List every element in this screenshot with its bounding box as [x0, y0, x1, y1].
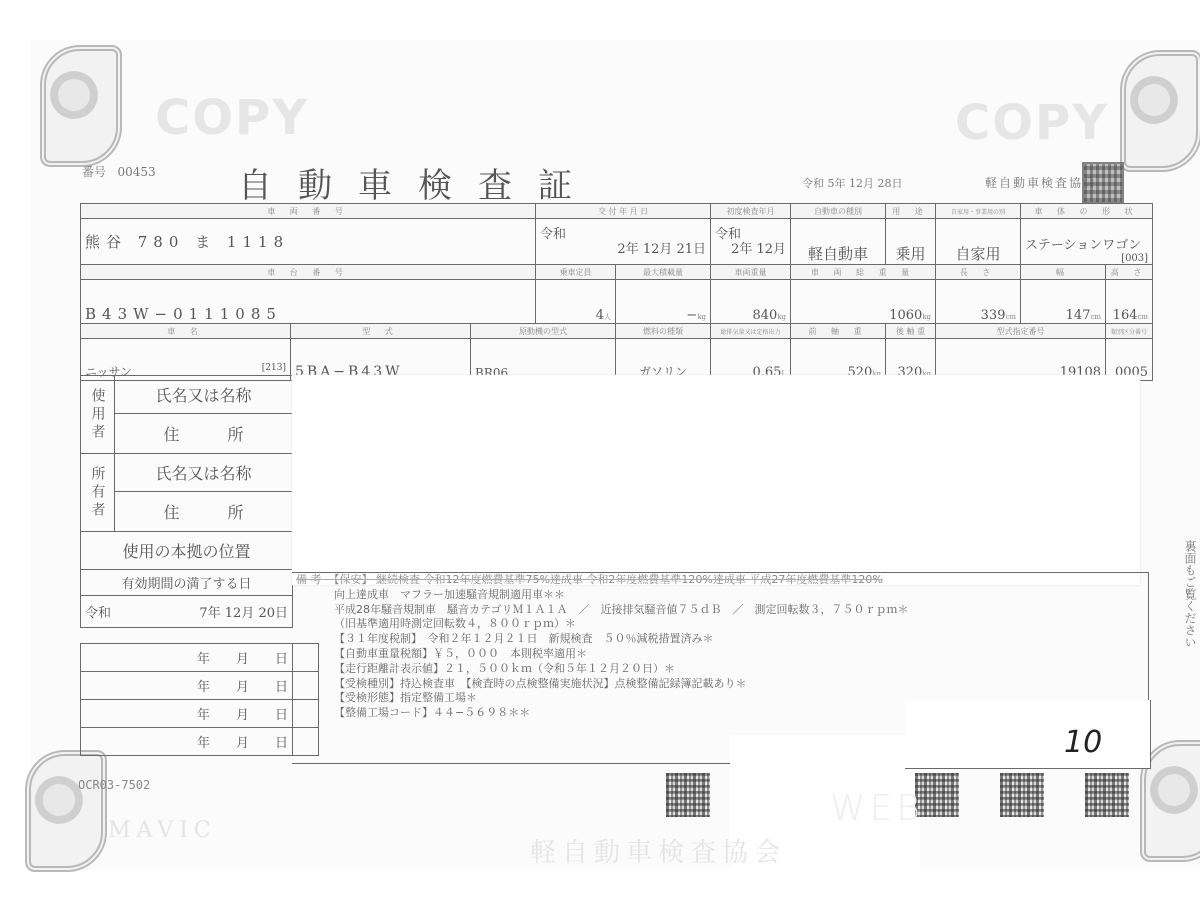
max-load-cell: −kg [616, 280, 711, 324]
copy-watermark-left: COPY [155, 90, 309, 146]
capacity-cell: 4人 [536, 280, 616, 324]
qr-code-1-icon [666, 773, 710, 817]
header-max-load: 最大積載量 [616, 265, 711, 280]
usage: 乗用 [886, 219, 936, 265]
serial-label: 番号 [82, 165, 106, 179]
header-gross-weight: 車 両 総 重 量 [791, 265, 936, 280]
owner-name-label: 氏名又は名称 [115, 454, 293, 492]
redacted-note-box [905, 700, 1151, 769]
issuer-name: 軽自動車検査協会 [985, 174, 1097, 191]
header-plate: 車 両 番 号 [81, 204, 536, 219]
first-reg-date: 2年 12月 [715, 242, 786, 257]
capacity: 4 [596, 308, 604, 323]
ornament-top-left [40, 45, 122, 167]
header-type-designation: 型式指定番号 [936, 324, 1106, 339]
vehicle-info-table: 車 両 番 号 交 付 年 月 日 初度検査年月 自動車の種別 用 途 自家用・… [80, 203, 1153, 381]
header-private-business: 自家用・事業用の別 [936, 204, 1021, 219]
user-group-label: 使用者 [81, 376, 115, 454]
expiry-label: 有効期間の満了する日 [81, 570, 293, 596]
header-vehicle-type: 自動車の種別 [791, 204, 886, 219]
qr-code-3-icon [1000, 773, 1044, 817]
web-watermark: WEB [830, 788, 924, 829]
body-shape-code: [003] [1121, 253, 1148, 264]
vehicle-weight-cell: 840kg [711, 280, 791, 324]
header-vehicle-weight: 車両重量 [711, 265, 791, 280]
maker-code: [213] [262, 363, 286, 373]
renewal-date-2: 年 月 日 [81, 672, 293, 700]
user-name-label: 氏名又は名称 [115, 376, 293, 414]
footer-faint-left: MAVIC [108, 818, 217, 843]
renewal-date-1: 年 月 日 [81, 644, 293, 672]
copy-watermark-right: COPY [955, 95, 1109, 151]
header-category-number: 類別区分番号 [1106, 324, 1153, 339]
issued-era: 令和 [540, 227, 706, 242]
plate-number: 熊谷 780 ま 1118 [81, 219, 536, 265]
handwritten-note: 10 [1064, 725, 1102, 760]
ornament-bottom-left [25, 750, 107, 872]
length: 339 [981, 308, 1006, 323]
issued-date-cell: 令和 2年 12月 21日 [536, 219, 711, 265]
expiry-era: 令和 [85, 606, 111, 621]
base-location-label: 使用の本拠の位置 [81, 532, 293, 570]
expiry-date: 7年 12月 20日 [199, 602, 288, 621]
renewal-date-4: 年 月 日 [81, 728, 293, 756]
reverse-side-note: 裏面もご覧ください [1183, 540, 1197, 648]
renewal-date-table: 年 月 日 年 月 日 年 月 日 年 月 日 [80, 643, 319, 756]
header-length: 長 さ [936, 265, 1021, 280]
issued-date: 2年 12月 21日 [540, 242, 706, 257]
max-load: − [686, 308, 697, 323]
owner-address-label: 住 所 [115, 492, 293, 532]
body-shape: ステーションワゴン [1025, 238, 1141, 253]
expiry-date-cell: 令和 7年 12月 20日 [81, 596, 293, 628]
official-seal-icon [1082, 162, 1124, 204]
header-usage: 用 途 [886, 204, 936, 219]
height: 164 [1113, 308, 1138, 323]
header-height: 高 さ [1106, 265, 1153, 280]
width: 147 [1066, 308, 1091, 323]
header-engine-model: 原動機の型式 [471, 324, 616, 339]
header-width: 幅 [1021, 265, 1106, 280]
renewal-date-3: 年 月 日 [81, 700, 293, 728]
header-capacity: 乗車定員 [536, 265, 616, 280]
page-title: 自動車検査証 [238, 158, 598, 207]
qr-code-4-icon [1085, 773, 1129, 817]
owner-user-panel: 使用者 氏名又は名称 住 所 所有者 氏名又は名称 住 所 使用の本拠の位置 有… [80, 375, 293, 628]
first-reg-era: 令和 [715, 227, 786, 242]
private-business: 自家用 [936, 219, 1021, 265]
width-cell: 147cm [1021, 280, 1106, 324]
owner-group-label: 所有者 [81, 454, 115, 532]
redacted-owner-details [292, 375, 1140, 585]
header-rear-axle: 後 軸 重 [886, 324, 936, 339]
vehicle-type: 軽自動車 [791, 219, 886, 265]
first-reg-cell: 令和 2年 12月 [711, 219, 791, 265]
header-front-axle: 前 軸 重 [791, 324, 886, 339]
header-first-reg: 初度検査年月 [711, 204, 791, 219]
header-model: 型 式 [291, 324, 471, 339]
header-body-shape: 車 体 の 形 状 [1021, 204, 1153, 219]
header-displacement: 総排気量又は定格出力 [711, 324, 791, 339]
user-address-label: 住 所 [115, 414, 293, 454]
header-maker: 車 名 [81, 324, 291, 339]
serial-number: 番号 00453 [82, 163, 156, 180]
length-cell: 339cm [936, 280, 1021, 324]
header-fuel: 燃料の種類 [616, 324, 711, 339]
height-cell: 164cm [1106, 280, 1153, 324]
footer-faint-issuer: 軽自動車検査協会 [530, 832, 786, 869]
vehicle-weight: 840 [752, 308, 777, 323]
gross-weight: 1060 [889, 308, 922, 323]
serial-value: 00453 [117, 165, 155, 179]
header-chassis: 車 台 番 号 [81, 265, 536, 280]
chassis-number: B43W−0111085 [81, 280, 536, 324]
body-shape-cell: ステーションワゴン [003] [1021, 219, 1153, 265]
gross-weight-cell: 1060kg [791, 280, 936, 324]
header-issued: 交 付 年 月 日 [536, 204, 711, 219]
issue-date: 令和 5年 12月 28日 [802, 175, 902, 191]
ocr-code: OCR03-7502 [78, 778, 150, 792]
ornament-top-right [1120, 50, 1200, 172]
